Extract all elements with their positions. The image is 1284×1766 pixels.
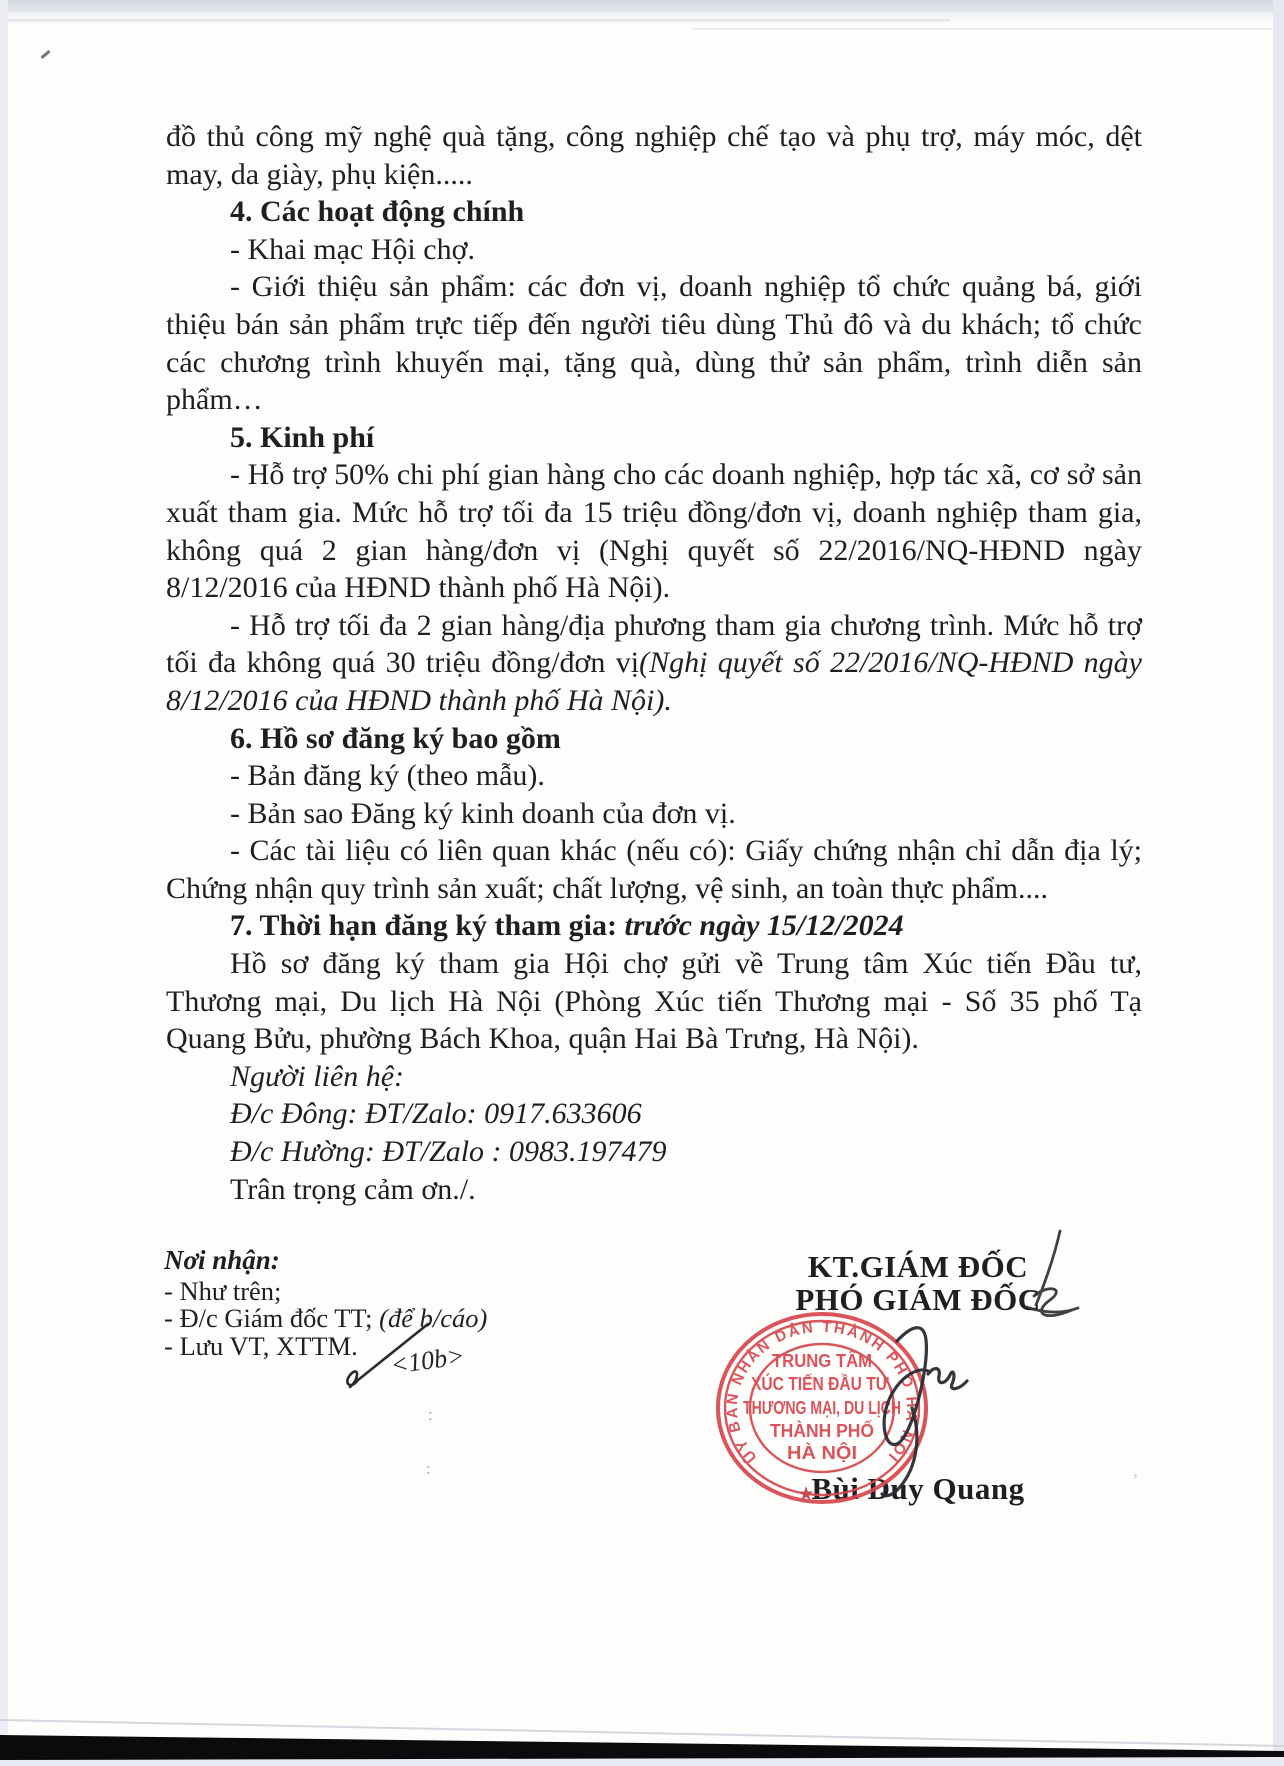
paragraph-text: đồ thủ công mỹ nghệ quà tặng, công nghiệ… (166, 120, 1142, 191)
scan-artifact-bottom-band (0, 1753, 1284, 1766)
stamp-center-line: THƯƠNG MẠI, DU LỊCH (743, 1398, 901, 1418)
signature-titles: KT.GIÁM ĐỐC PHÓ GIÁM ĐỐC (698, 1250, 1138, 1316)
stamp-ring-text: ỦY BAN NHÂN DÂN THÀNH PHỐ HÀ NỘI (724, 1319, 920, 1467)
paragraph-text: - Giới thiệu sản phẩm: các đơn vị, doanh… (166, 270, 1142, 416)
section-heading: 7. Thời hạn đăng ký tham gia: trước ngày… (166, 907, 1142, 945)
paragraph: - Bản đăng ký (theo mẫu). (166, 757, 1142, 795)
section-heading: 6. Hồ sơ đăng ký bao gồm (166, 720, 1142, 758)
recipient-text: - Đ/c Giám đốc TT; (164, 1303, 373, 1333)
paragraph: - Giới thiệu sản phẩm: các đơn vị, doanh… (166, 268, 1142, 418)
paragraph-text: Hồ sơ đăng ký tham gia Hội chợ gửi về Tr… (166, 947, 1142, 1055)
stamp-center-line: XÚC TIẾN ĐẦU TƯ, (751, 1373, 893, 1394)
paragraph: - Hỗ trợ 50% chi phí gian hàng cho các d… (166, 456, 1142, 606)
scanned-document-page: đồ thủ công mỹ nghệ quà tặng, công nghiệ… (0, 0, 1284, 1766)
paragraph: - Hỗ trợ tối đa 2 gian hàng/địa phương t… (166, 607, 1142, 720)
scan-streak (0, 19, 950, 22)
signer-name: Bùi Duy Quang (698, 1471, 1138, 1507)
stamp-center-line: THÀNH PHỐ (770, 1420, 874, 1441)
paragraph: - Các tài liệu có liên quan khác (nếu có… (166, 832, 1142, 907)
stamp-center-line: TRUNG TÂM (772, 1350, 872, 1371)
recipient-text: - Như trên; (164, 1276, 281, 1306)
heading-date-italic: trước ngày 15/12/2024 (625, 909, 904, 942)
section-heading: 4. Các hoạt động chính (166, 193, 1142, 231)
scan-speck: : (426, 1459, 431, 1478)
paragraph-text: - Khai mạc Hội chợ. (230, 233, 475, 266)
paragraph: - Bản sao Đăng ký kinh doanh của đơn vị. (166, 795, 1142, 833)
stamp-center-line: HÀ NỘI (787, 1442, 857, 1463)
contact-label: Người liên hệ: (230, 1060, 404, 1093)
scan-artifact-right-edge (1273, 0, 1284, 1766)
paragraph: Đ/c Đông: ĐT/Zalo: 0917.633606 (166, 1095, 1142, 1133)
paragraph-text: - Bản sao Đăng ký kinh doanh của đơn vị. (230, 797, 736, 830)
recipient-item: - Như trên; (164, 1278, 624, 1306)
recipients-block: Nơi nhận: - Như trên; - Đ/c Giám đốc TT;… (164, 1247, 624, 1360)
paragraph: Đ/c Hường: ĐT/Zalo : 0983.197479 (166, 1133, 1142, 1171)
paragraph: Hồ sơ đăng ký tham gia Hội chợ gửi về Tr… (166, 945, 1142, 1058)
heading-text: 7. Thời hạn đăng ký tham gia: (230, 909, 625, 942)
paragraph-text: - Bản đăng ký (theo mẫu). (230, 759, 545, 792)
scan-speck (40, 50, 50, 59)
signer-role-2: PHÓ GIÁM ĐỐC (698, 1283, 1138, 1316)
scan-artifact-left-edge (0, 0, 8, 1766)
paragraph: Người liên hệ: (166, 1058, 1142, 1096)
heading-text: 5. Kinh phí (230, 421, 374, 454)
paragraph-text: - Hỗ trợ 50% chi phí gian hàng cho các d… (166, 458, 1142, 604)
recipient-note: (để b/cáo) (379, 1303, 487, 1333)
heading-text: 6. Hồ sơ đăng ký bao gồm (230, 722, 561, 755)
scan-streak (693, 28, 1284, 30)
recipients-title: Nơi nhận: (164, 1247, 624, 1275)
contact-phone: Đ/c Hường: ĐT/Zalo : 0983.197479 (230, 1135, 667, 1168)
recipient-item: - Đ/c Giám đốc TT; (để b/cáo) (164, 1305, 624, 1333)
heading-text: 4. Các hoạt động chính (230, 195, 524, 228)
scan-artifact-top-band (0, 0, 1284, 12)
paragraph: - Khai mạc Hội chợ. (166, 231, 1142, 269)
scan-artifact-top-fade (0, 12, 1284, 24)
paragraph-text: - Các tài liệu có liên quan khác (nếu có… (166, 834, 1142, 905)
closing-text: Trân trọng cảm ơn./. (230, 1173, 476, 1206)
document-body: đồ thủ công mỹ nghệ quà tặng, công nghiệ… (166, 118, 1142, 1208)
scan-speck: : (428, 1405, 433, 1424)
paragraph: Trân trọng cảm ơn./. (166, 1171, 1142, 1209)
signer-role-1: KT.GIÁM ĐỐC (698, 1250, 1138, 1283)
recipient-item: - Lưu VT, XTTM. (164, 1333, 624, 1361)
paragraph: đồ thủ công mỹ nghệ quà tặng, công nghiệ… (166, 118, 1142, 193)
section-heading: 5. Kinh phí (166, 419, 1142, 457)
recipient-text: - Lưu VT, XTTM. (164, 1331, 358, 1361)
contact-phone: Đ/c Đông: ĐT/Zalo: 0917.633606 (230, 1097, 642, 1130)
